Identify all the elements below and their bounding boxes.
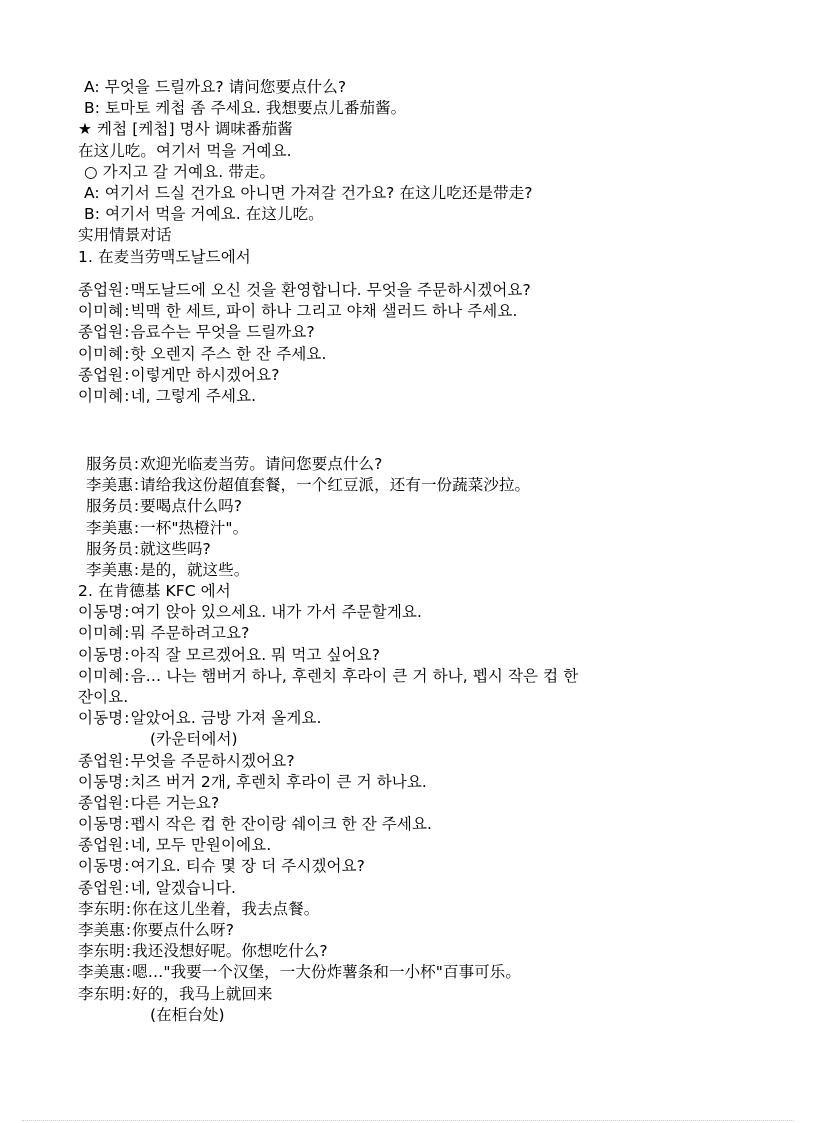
separator: : <box>123 301 130 322</box>
speaker: 이미혜 <box>78 344 123 365</box>
utterance: 就这些吗? <box>140 540 211 558</box>
utterance: 뭐 주문하려고요? <box>131 624 250 642</box>
speaker: 李东明 <box>78 941 125 962</box>
dialogue-line: 李东明:你在这儿坐着，我去点餐。 <box>78 899 778 920</box>
speaker: 이동명 <box>78 856 123 877</box>
dialogue-line: 종업원:음료수는 무엇을 드릴까요? <box>78 322 778 343</box>
utterance: 펩시 작은 컵 한 잔이랑 쉐이크 한 잔 주세요. <box>131 815 433 833</box>
separator: : <box>123 772 130 793</box>
utterance: 치즈 버거 2개, 후렌치 후라이 큰 거 하나요. <box>131 773 427 791</box>
dialogue-line: 이미혜:핫 오렌지 주스 한 잔 주세요. <box>78 344 778 365</box>
speaker: 종업원 <box>78 280 123 301</box>
dialogue-line: 종업원:네, 모두 만원이에요. <box>78 835 778 856</box>
utterance: 네, 알겠습니다. <box>131 879 237 897</box>
utterance: 빅맥 한 세트, 파이 하나 그리고 야채 샐러드 하나 주세요. <box>131 302 518 320</box>
vocab-entry-line: ★ 케첩 [케첩] 명사 调味番茄酱 <box>78 119 778 140</box>
speaker: 종업원 <box>78 751 123 772</box>
dialogue-line: 이동명:치즈 버거 2개, 후렌치 후라이 큰 거 하나요. <box>78 772 778 793</box>
text-line: 在这儿吃。여기서 먹을 거예요. <box>78 141 778 162</box>
dialogue-line: 종업원:무엇을 주문하시겠어요? <box>78 751 778 772</box>
separator: : <box>123 623 130 644</box>
vocab-section: A: 무엇을 드릴까요? 请问您要点什么? B: 토마토 케첩 좀 주세요. 我… <box>78 77 778 268</box>
speaker: 종업원 <box>78 365 123 386</box>
utterance: 好的，我马上就回来 <box>132 985 272 1003</box>
dialogue-line: 이미혜:뭐 주문하려고요? <box>78 623 778 644</box>
separator: : <box>123 856 130 877</box>
dialogue2-korean: 2. 在肯德基 KFC 에서 이동명:여기 앉아 있으세요. 내가 가서 주문할… <box>78 581 778 1026</box>
utterance: 你在这儿坐着，我去点餐。 <box>132 900 319 918</box>
speaker: 服务员 <box>86 539 133 560</box>
speaker: 이미혜 <box>78 386 123 407</box>
speaker: 李美惠 <box>78 920 125 941</box>
utterance: 네, 모두 만원이에요. <box>131 836 272 854</box>
utterance: 嗯…"我要一个汉堡，一大份炸薯条和一小杯"百事可乐。 <box>132 963 521 981</box>
speaker: 服务员 <box>86 454 133 475</box>
separator: : <box>123 751 130 772</box>
separator: : <box>123 344 130 365</box>
section-title: 实用情景对话 <box>78 225 778 246</box>
speaker: 종업원 <box>78 793 123 814</box>
separator: : <box>123 386 130 407</box>
dialogue-line: 이미혜:음… 나는 햄버거 하나, 후렌치 후라이 큰 거 하나, 펩시 작은 … <box>78 666 778 687</box>
section-heading-1: 1. 在麦当劳맥도날드에서 <box>78 247 778 268</box>
speaker: 이동명 <box>78 708 123 729</box>
separator: : <box>123 878 130 899</box>
utterance: 一杯"热橙汁"。 <box>140 519 248 537</box>
utterance: 你要点什么呀? <box>132 921 234 939</box>
utterance: 음… 나는 햄버거 하나, 후렌치 후라이 큰 거 하나, 펩시 작은 컵 한 <box>131 667 579 685</box>
separator: : <box>123 708 130 729</box>
speaker: 이미혜 <box>78 301 123 322</box>
dialogue-line: 종업원:다른 거는요? <box>78 793 778 814</box>
dialogue-line: 이동명:여기 앉아 있으세요. 내가 가서 주문할게요. <box>78 602 778 623</box>
separator: : <box>123 365 130 386</box>
separator: : <box>123 793 130 814</box>
utterance: 我还没想好呢。你想吃什么? <box>132 942 328 960</box>
dialogue-line: 李美惠:嗯…"我要一个汉堡，一大份炸薯条和一小杯"百事可乐。 <box>78 962 778 983</box>
utterance: 아직 잘 모르겠어요. 뭐 먹고 싶어요? <box>131 646 381 664</box>
speaker: 李东明 <box>78 984 125 1005</box>
speaker: 이미혜 <box>78 623 123 644</box>
stage-note: (카운터에서) <box>78 729 778 750</box>
speaker: 李美惠 <box>86 518 133 539</box>
dialogue-line: 이동명:여기요. 티슈 몇 장 더 주시겠어요? <box>78 856 778 877</box>
utterance: 핫 오렌지 주스 한 잔 주세요. <box>131 345 327 363</box>
dialogue-continuation: 잔이요. <box>78 687 778 708</box>
dialogue-line: 服务员:就这些吗? <box>78 539 778 560</box>
separator: : <box>123 835 130 856</box>
dialogue-line: 李东明:我还没想好呢。你想吃什么? <box>78 941 778 962</box>
speaker: 종업원 <box>78 878 123 899</box>
utterance: 맥도날드에 오신 것을 환영합니다. 무엇을 주문하시겠어요? <box>131 281 531 299</box>
speaker: 이동명 <box>78 814 123 835</box>
utterance: 이렇게만 하시겠어요? <box>131 366 280 384</box>
separator: : <box>123 666 130 687</box>
separator: : <box>123 602 130 623</box>
speaker: 이동명 <box>78 772 123 793</box>
dialogue-line: 李美惠:是的，就这些。 <box>78 560 778 581</box>
text-line: A: 여기서 드실 건가요 아니면 가져갈 건가요? 在这儿吃还是带走? <box>78 183 778 204</box>
separator: : <box>123 280 130 301</box>
dialogue1-chinese: 服务员:欢迎光临麦当劳。请问您要点什么? 李美惠:请给我这份超值套餐，一个红豆派… <box>78 454 778 581</box>
utterance: 여기 앉아 있으세요. 내가 가서 주문할게요. <box>131 603 422 621</box>
page-bottom-divider <box>22 1120 794 1121</box>
dialogue-line: 이미혜:빅맥 한 세트, 파이 하나 그리고 야채 샐러드 하나 주세요. <box>78 301 778 322</box>
dialogue-line: 服务员:欢迎光临麦当劳。请问您要点什么? <box>78 454 778 475</box>
utterance: 欢迎光临麦当劳。请问您要点什么? <box>140 455 382 473</box>
speaker: 이동명 <box>78 602 123 623</box>
separator: : <box>123 645 130 666</box>
dialogue-line: 종업원:맥도날드에 오신 것을 환영합니다. 무엇을 주문하시겠어요? <box>78 280 778 301</box>
utterance: 要喝点什么吗? <box>140 497 242 515</box>
speaker: 李美惠 <box>78 962 125 983</box>
utterance: 음료수는 무엇을 드릴까요? <box>131 323 315 341</box>
dialogue1-korean: 종업원:맥도날드에 오신 것을 환영합니다. 무엇을 주문하시겠어요? 이미혜:… <box>78 280 778 407</box>
speaker: 종업원 <box>78 322 123 343</box>
speaker: 이미혜 <box>78 666 123 687</box>
dialogue-line: 이동명:펩시 작은 컵 한 잔이랑 쉐이크 한 잔 주세요. <box>78 814 778 835</box>
separator: : <box>123 814 130 835</box>
speaker: 李美惠 <box>86 560 133 581</box>
text-line: B: 여기서 먹을 거예요. 在这儿吃。 <box>78 204 778 225</box>
utterance: 무엇을 주문하시겠어요? <box>131 752 295 770</box>
speaker: 이동명 <box>78 645 123 666</box>
dialogue-line: 이동명:알았어요. 금방 가져 올게요. <box>78 708 778 729</box>
separator: : <box>123 322 130 343</box>
speaker: 李美惠 <box>86 475 133 496</box>
utterance: 여기요. 티슈 몇 장 더 주시겠어요? <box>131 857 365 875</box>
dialogue-line: 종업원:이렇게만 하시겠어요? <box>78 365 778 386</box>
utterance: 알았어요. 금방 가져 올게요. <box>131 709 322 727</box>
stage-note: (在柜台处) <box>78 1005 778 1026</box>
speaker: 服务员 <box>86 496 133 517</box>
text-line: ○ 가지고 갈 거예요. 带走。 <box>78 162 778 183</box>
utterance: 是的，就这些。 <box>140 561 249 579</box>
document-page: A: 무엇을 드릴까요? 请问您要点什么? B: 토마토 케첩 좀 주세요. 我… <box>0 0 816 1123</box>
speaker: 종업원 <box>78 835 123 856</box>
dialogue-line: 服务员:要喝点什么吗? <box>78 496 778 517</box>
dialogue-line: 李东明:好的，我马上就回来 <box>78 984 778 1005</box>
dialogue-line: 李美惠:请给我这份超值套餐，一个红豆派，还有一份蔬菜沙拉。 <box>78 475 778 496</box>
dialogue-line: 李美惠:你要点什么呀? <box>78 920 778 941</box>
utterance: 다른 거는요? <box>131 794 220 812</box>
utterance: 네, 그렇게 주세요. <box>131 387 257 405</box>
dialogue-line: 이동명:아직 잘 모르겠어요. 뭐 먹고 싶어요? <box>78 645 778 666</box>
text-line: A: 무엇을 드릴까요? 请问您要点什么? <box>78 77 778 98</box>
dialogue-line: 이미혜:네, 그렇게 주세요. <box>78 386 778 407</box>
speaker: 李东明 <box>78 899 125 920</box>
dialogue-line: 종업원:네, 알겠습니다. <box>78 878 778 899</box>
dialogue-line: 李美惠:一杯"热橙汁"。 <box>78 518 778 539</box>
utterance: 请给我这份超值套餐，一个红豆派，还有一份蔬菜沙拉。 <box>140 476 530 494</box>
text-line: B: 토마토 케첩 좀 주세요. 我想要点儿番茄酱。 <box>78 98 778 119</box>
section-heading-2: 2. 在肯德基 KFC 에서 <box>78 581 778 602</box>
